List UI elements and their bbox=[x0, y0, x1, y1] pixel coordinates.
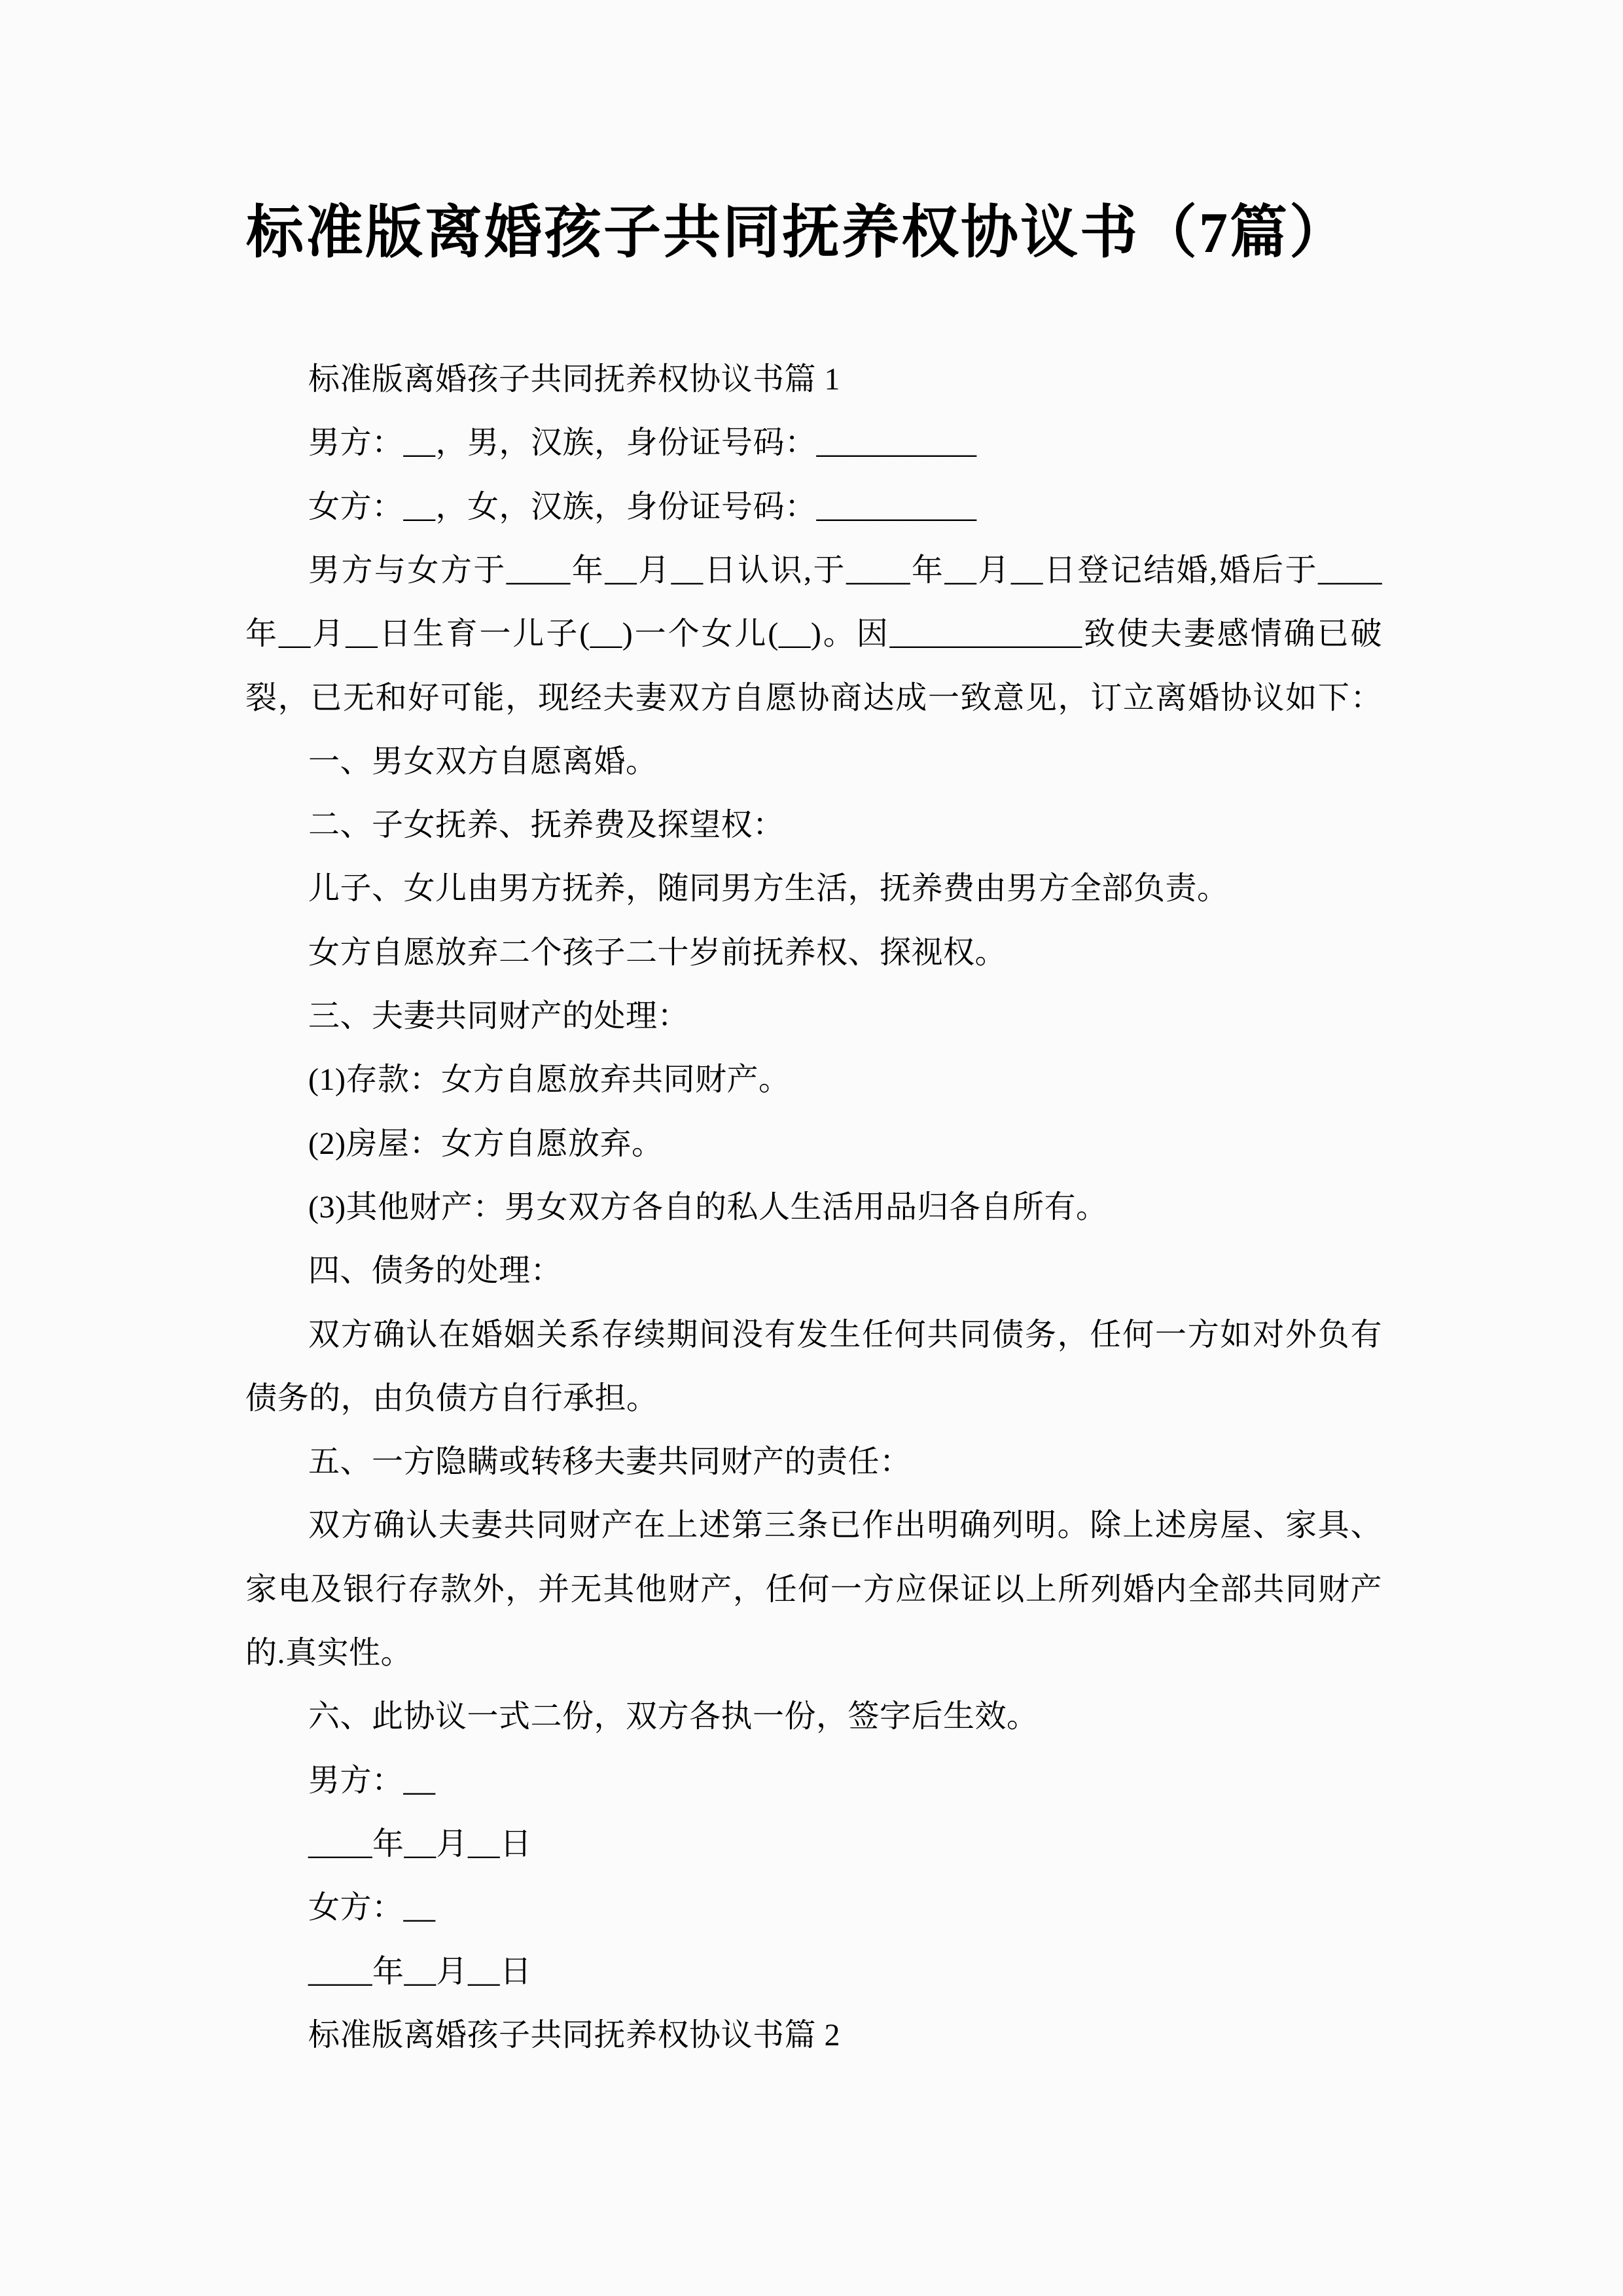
document-line: 年__月__日生育一儿子(__)一个女儿(__)。因____________致使… bbox=[245, 615, 1382, 654]
document-line: 五、一方隐瞒或转移夫妻共同财产的责任： bbox=[245, 1443, 912, 1482]
document-line: 标准版离婚孩子共同抚养权协议书篇 2 bbox=[245, 2016, 840, 2055]
document-title: 标准版离婚孩子共同抚养权协议书（7篇） bbox=[246, 200, 1349, 266]
document-line: 三、夫妻共同财产的处理： bbox=[245, 997, 689, 1036]
document-line: ____年__月__日 bbox=[245, 1825, 532, 1864]
document-line: 六、此协议一式二份，双方各执一份，签字后生效。 bbox=[245, 1697, 1039, 1736]
document-line: (2)房屋：女方自愿放弃。 bbox=[245, 1124, 663, 1164]
document-line: 债务的，由负债方自行承担。 bbox=[245, 1379, 658, 1418]
document-line: 男方：__，男，汉族，身份证号码：__________ bbox=[245, 423, 977, 463]
document-line: (3)其他财产：男女双方各自的私人生活用品归各自所有。 bbox=[245, 1188, 1107, 1227]
document-line: 双方确认夫妻共同财产在上述第三条已作出明确列明。除上述房屋、家具、 bbox=[245, 1506, 1382, 1545]
document-line: 男方：__ bbox=[245, 1761, 436, 1801]
document-line: (1)存款：女方自愿放弃共同财产。 bbox=[245, 1060, 790, 1100]
document-page: 标准版离婚孩子共同抚养权协议书（7篇） 标准版离婚孩子共同抚养权协议书篇 1男方… bbox=[0, 0, 1623, 2296]
document-line: ____年__月__日 bbox=[245, 1952, 532, 1992]
document-line: 一、男女双方自愿离婚。 bbox=[245, 742, 658, 781]
document-line: 儿子、女儿由男方抚养，随同男方生活，抚养费由男方全部负责。 bbox=[245, 869, 1229, 908]
document-line: 标准版离婚孩子共同抚养权协议书篇 1 bbox=[245, 360, 840, 399]
document-line: 裂，已无和好可能，现经夫妻双方自愿协商达成一致意见，订立离婚协议如下： bbox=[245, 679, 1382, 718]
document-line: 男方与女方于____年__月__日认识,于____年__月__日登记结婚,婚后于… bbox=[245, 551, 1382, 590]
document-line: 的.真实性。 bbox=[245, 1634, 412, 1673]
document-line: 双方确认在婚姻关系存续期间没有发生任何共同债务，任何一方如对外负有 bbox=[245, 1316, 1382, 1355]
document-line: 女方：__ bbox=[245, 1888, 436, 1928]
document-line: 女方：__，女，汉族，身份证号码：__________ bbox=[245, 488, 977, 527]
document-line: 二、子女抚养、抚养费及探望权： bbox=[245, 806, 785, 845]
document-line: 四、债务的处理： bbox=[245, 1251, 562, 1291]
document-line: 女方自愿放弃二个孩子二十岁前抚养权、探视权。 bbox=[245, 933, 1007, 973]
document-line: 家电及银行存款外，并无其他财产，任何一方应保证以上所列婚内全部共同财产 bbox=[245, 1570, 1382, 1609]
